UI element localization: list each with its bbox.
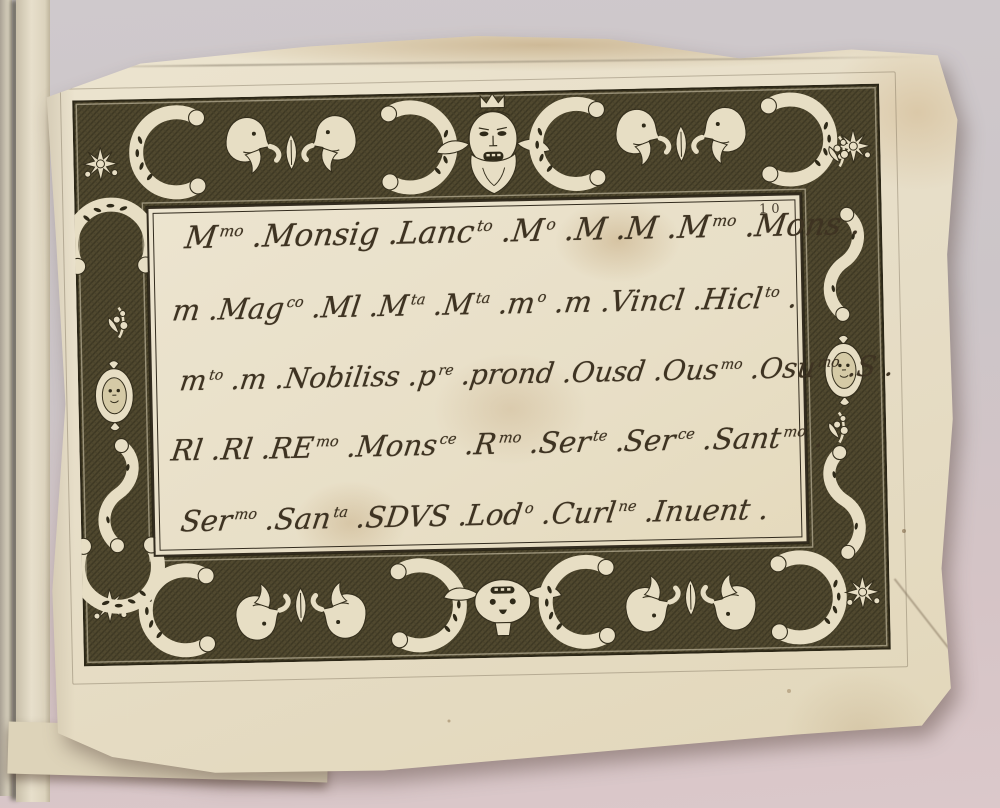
calligraphy-line: Mmo .Monsig .Lancto .Mo .M .M .Mmo .Mons… [165,208,785,257]
book-page: 10 Mmo .Monsig .Lancto .Mo .M .M .Mmo .M… [28,30,964,778]
foxing-spots [28,30,30,32]
calligraphy-line: Rl .Rl .REmo .Monsce .Rmo .Serte .Serce … [169,421,789,468]
engraved-plate: 10 Mmo .Monsig .Lancto .Mo .M .M .Mmo .M… [72,84,891,667]
calligraphy-panel: 10 Mmo .Monsig .Lancto .Mo .M .M .Mmo .M… [146,193,808,557]
calligraphy-line: mto .m .Nobiliss .pre .prond .Ousd .Ousm… [168,351,788,397]
photo-of-book: 10 Mmo .Monsig .Lancto .Mo .M .M .Mmo .M… [0,0,1000,808]
calligraphy-lines: Mmo .Monsig .Lancto .Mo .M .M .Mmo .Mons… [165,208,791,539]
calligraphy-line: Sermo .Santa .SDVS .Lodo .Curlne .Inuent… [171,492,791,539]
paper-crease [65,56,926,69]
calligraphy-line: m .Magco .Ml .Mta .Mta .mo .m .Vincl .Hi… [166,280,786,327]
